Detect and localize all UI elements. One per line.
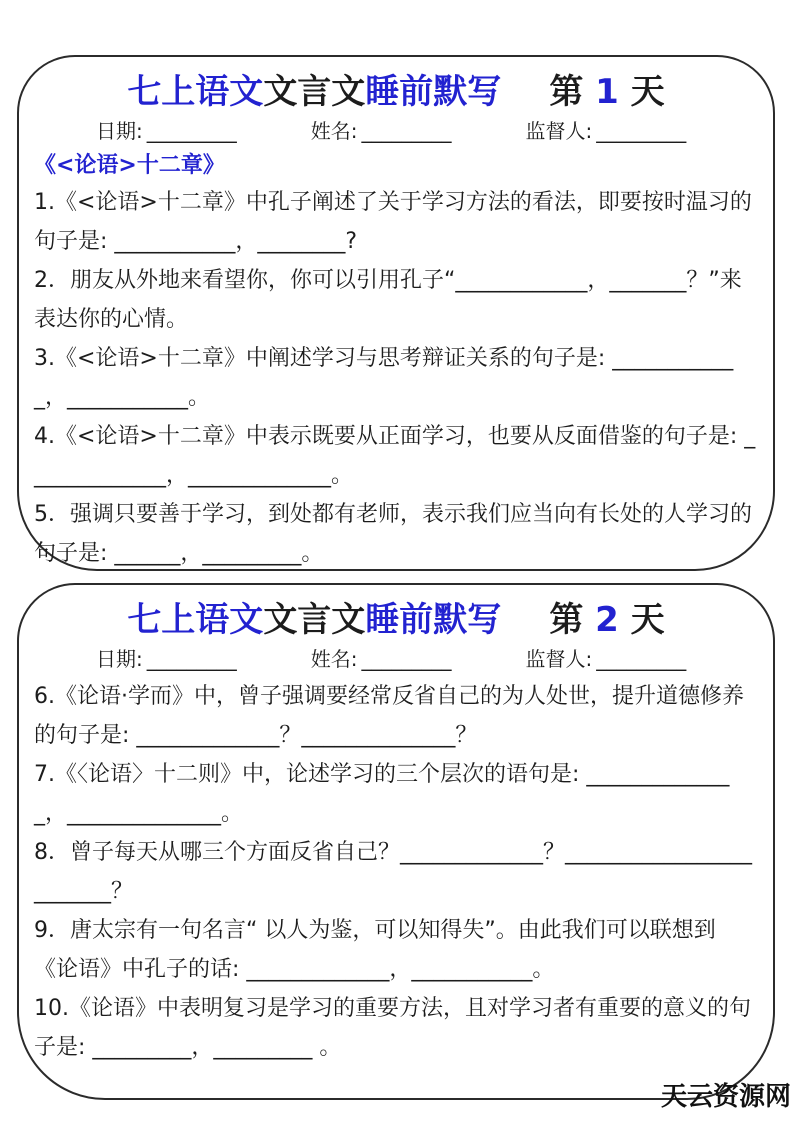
- name-label: 姓名:: [311, 647, 358, 671]
- name-field: 姓名:_________: [311, 645, 452, 673]
- question-1: 1.《<论语>十二章》中孔子阐述了关于学习方法的看法，即要按时温习的句子是: _…: [34, 183, 758, 261]
- day-badge: 第 1 天: [549, 72, 664, 112]
- date-blank-line: _________: [147, 647, 237, 671]
- day-prefix: 第: [549, 72, 583, 112]
- question-4: 4.《<论语>十二章》中表示既要从正面学习，也要从反面借鉴的句子是: _____…: [34, 417, 758, 495]
- name-blank-line: _________: [362, 119, 452, 143]
- day-prefix: 第: [549, 600, 583, 640]
- question-2: 2．朋友从外地来看望你，你可以引用孔子“____________，_______…: [34, 261, 758, 339]
- date-label: 日期:: [96, 647, 143, 671]
- question-7: 7.《〈论语〉十二则》中，论述学习的三个层次的语句是: ____________…: [34, 755, 758, 833]
- supervisor-label: 监督人:: [526, 119, 593, 143]
- title-course: 七上语文: [127, 72, 263, 112]
- card-title: 七上语文文言文睡前默写第 1 天: [34, 69, 758, 115]
- title-subject: 文言文: [263, 600, 365, 640]
- section-title: 《<论语>十二章》: [34, 149, 758, 183]
- supervisor-blank-line: _________: [596, 119, 686, 143]
- question-9: 9．唐太宗有一句名言“ 以人为鉴，可以知得失”。由此我们可以联想到《论语》中孔子…: [34, 911, 758, 989]
- header-fields: 日期:_________ 姓名:_________ 监督人:_________: [34, 645, 758, 673]
- question-3: 3.《<论语>十二章》中阐述学习与思考辩证关系的句子是: ___________…: [34, 339, 758, 417]
- date-field: 日期:_________: [96, 645, 237, 673]
- day1-card: 七上语文文言文睡前默写第 1 天 日期:_________ 姓名:_______…: [17, 55, 775, 571]
- day-badge: 第 2 天: [549, 600, 664, 640]
- name-field: 姓名:_________: [311, 117, 452, 145]
- supervisor-label: 监督人:: [526, 647, 593, 671]
- title-course: 七上语文: [127, 600, 263, 640]
- title-activity: 睡前默写: [365, 600, 501, 640]
- date-label: 日期:: [96, 119, 143, 143]
- name-label: 姓名:: [311, 119, 358, 143]
- card-title: 七上语文文言文睡前默写第 2 天: [34, 597, 758, 643]
- name-blank-line: _________: [362, 647, 452, 671]
- supervisor-field: 监督人:_________: [526, 645, 687, 673]
- question-8: 8．曾子每天从哪三个方面反省自己？_____________？_________…: [34, 833, 758, 911]
- day-number: 2: [595, 600, 619, 640]
- worksheet-page: 七上语文文言文睡前默写第 1 天 日期:_________ 姓名:_______…: [0, 0, 793, 1122]
- day2-card: 七上语文文言文睡前默写第 2 天 日期:_________ 姓名:_______…: [17, 583, 775, 1100]
- title-subject: 文言文: [263, 72, 365, 112]
- header-fields: 日期:_________ 姓名:_________ 监督人:_________: [34, 117, 758, 145]
- supervisor-blank-line: _________: [596, 647, 686, 671]
- watermark: 天云资源网: [661, 1076, 791, 1113]
- supervisor-field: 监督人:_________: [526, 117, 687, 145]
- question-5: 5．强调只要善于学习，到处都有老师，表示我们应当向有长处的人学习的句子是: __…: [34, 495, 758, 573]
- day-number: 1: [595, 72, 619, 112]
- date-field: 日期:_________: [96, 117, 237, 145]
- day-suffix: 天: [631, 72, 665, 112]
- question-10: 10.《论语》中表明复习是学习的重要方法，且对学习者有重要的意义的句子是: __…: [34, 989, 758, 1067]
- date-blank-line: _________: [147, 119, 237, 143]
- title-activity: 睡前默写: [365, 72, 501, 112]
- question-6: 6.《论语·学而》中，曾子强调要经常反省自己的为人处世，提升道德修养的句子是: …: [34, 677, 758, 755]
- day-suffix: 天: [631, 600, 665, 640]
